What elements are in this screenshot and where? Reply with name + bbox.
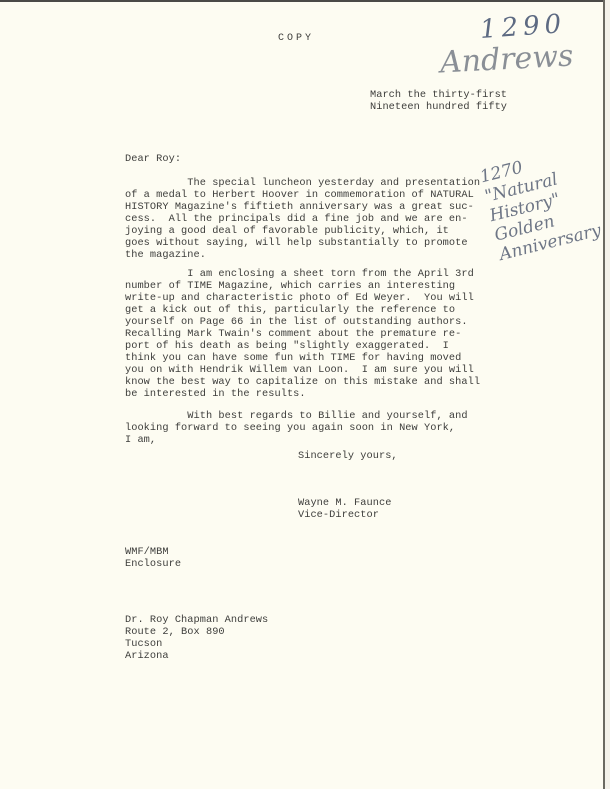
- reference-block: WMF/MBM Enclosure: [125, 546, 181, 570]
- text-line: goes without saying, will help substanti…: [125, 237, 468, 249]
- text-line: I am,: [125, 434, 156, 446]
- paragraph-2: I am enclosing a sheet torn from the Apr…: [125, 268, 480, 400]
- signer-name: Wayne M. Faunce: [298, 497, 391, 509]
- recipient-address: Dr. Roy Chapman Andrews Route 2, Box 890…: [125, 614, 268, 662]
- text-line: you on with Hendrik Willem van Loon. I a…: [125, 364, 474, 376]
- address-line: Dr. Roy Chapman Andrews: [125, 614, 268, 626]
- date-line: March the thirty-first: [370, 89, 507, 101]
- text-line: HISTORY Magazine's fiftieth anniversary …: [125, 201, 474, 213]
- copy-header: COPY: [278, 33, 314, 45]
- address-line: Tucson: [125, 638, 162, 650]
- text-line: Recalling Mark Twain's comment about the…: [125, 328, 461, 340]
- text-line: write-up and characteristic photo of Ed …: [125, 292, 474, 304]
- text-line: get a kick out of this, particularly the…: [125, 304, 455, 316]
- address-line: Arizona: [125, 650, 169, 662]
- page-top-edge: [0, 0, 604, 2]
- handwritten-name: Andrews: [439, 39, 574, 81]
- text-line: port of his death as being "slightly exa…: [125, 340, 449, 352]
- letter-date: March the thirty-first Nineteen hundred …: [370, 89, 507, 113]
- enclosure-note: Enclosure: [125, 558, 181, 570]
- paragraph-1: The special luncheon yesterday and prese…: [125, 177, 480, 261]
- text-line: The special luncheon yesterday and prese…: [125, 177, 480, 189]
- signer-title: Vice-Director: [298, 509, 379, 521]
- text-line: cess. All the principals did a fine job …: [125, 213, 468, 225]
- salutation: Dear Roy:: [125, 153, 181, 165]
- text-line: know the best way to capitalize on this …: [125, 376, 480, 388]
- text-line: be interested in the results.: [125, 388, 306, 400]
- address-line: Route 2, Box 890: [125, 626, 225, 638]
- text-line: yourself on Page 66 in the list of outst…: [125, 316, 468, 328]
- text-line: think you can have some fun with TIME fo…: [125, 352, 461, 364]
- paragraph-3: With best regards to Billie and yourself…: [125, 410, 468, 446]
- text-line: looking forward to seeing you again soon…: [125, 422, 455, 434]
- date-line: Nineteen hundred fifty: [370, 101, 507, 113]
- scan-margin: [605, 0, 610, 789]
- closing: Sincerely yours,: [298, 450, 398, 462]
- text-line: I am enclosing a sheet torn from the Apr…: [125, 268, 474, 280]
- signature-block: Wayne M. Faunce Vice-Director: [298, 497, 391, 521]
- text-line: With best regards to Billie and yourself…: [125, 410, 468, 422]
- text-line: of a medal to Herbert Hoover in commemor…: [125, 189, 474, 201]
- text-line: the magazine.: [125, 249, 206, 261]
- text-line: joying a good deal of favorable publicit…: [125, 225, 449, 237]
- reference-initials: WMF/MBM: [125, 546, 169, 558]
- text-line: number of TIME Magazine, which carries a…: [125, 280, 455, 292]
